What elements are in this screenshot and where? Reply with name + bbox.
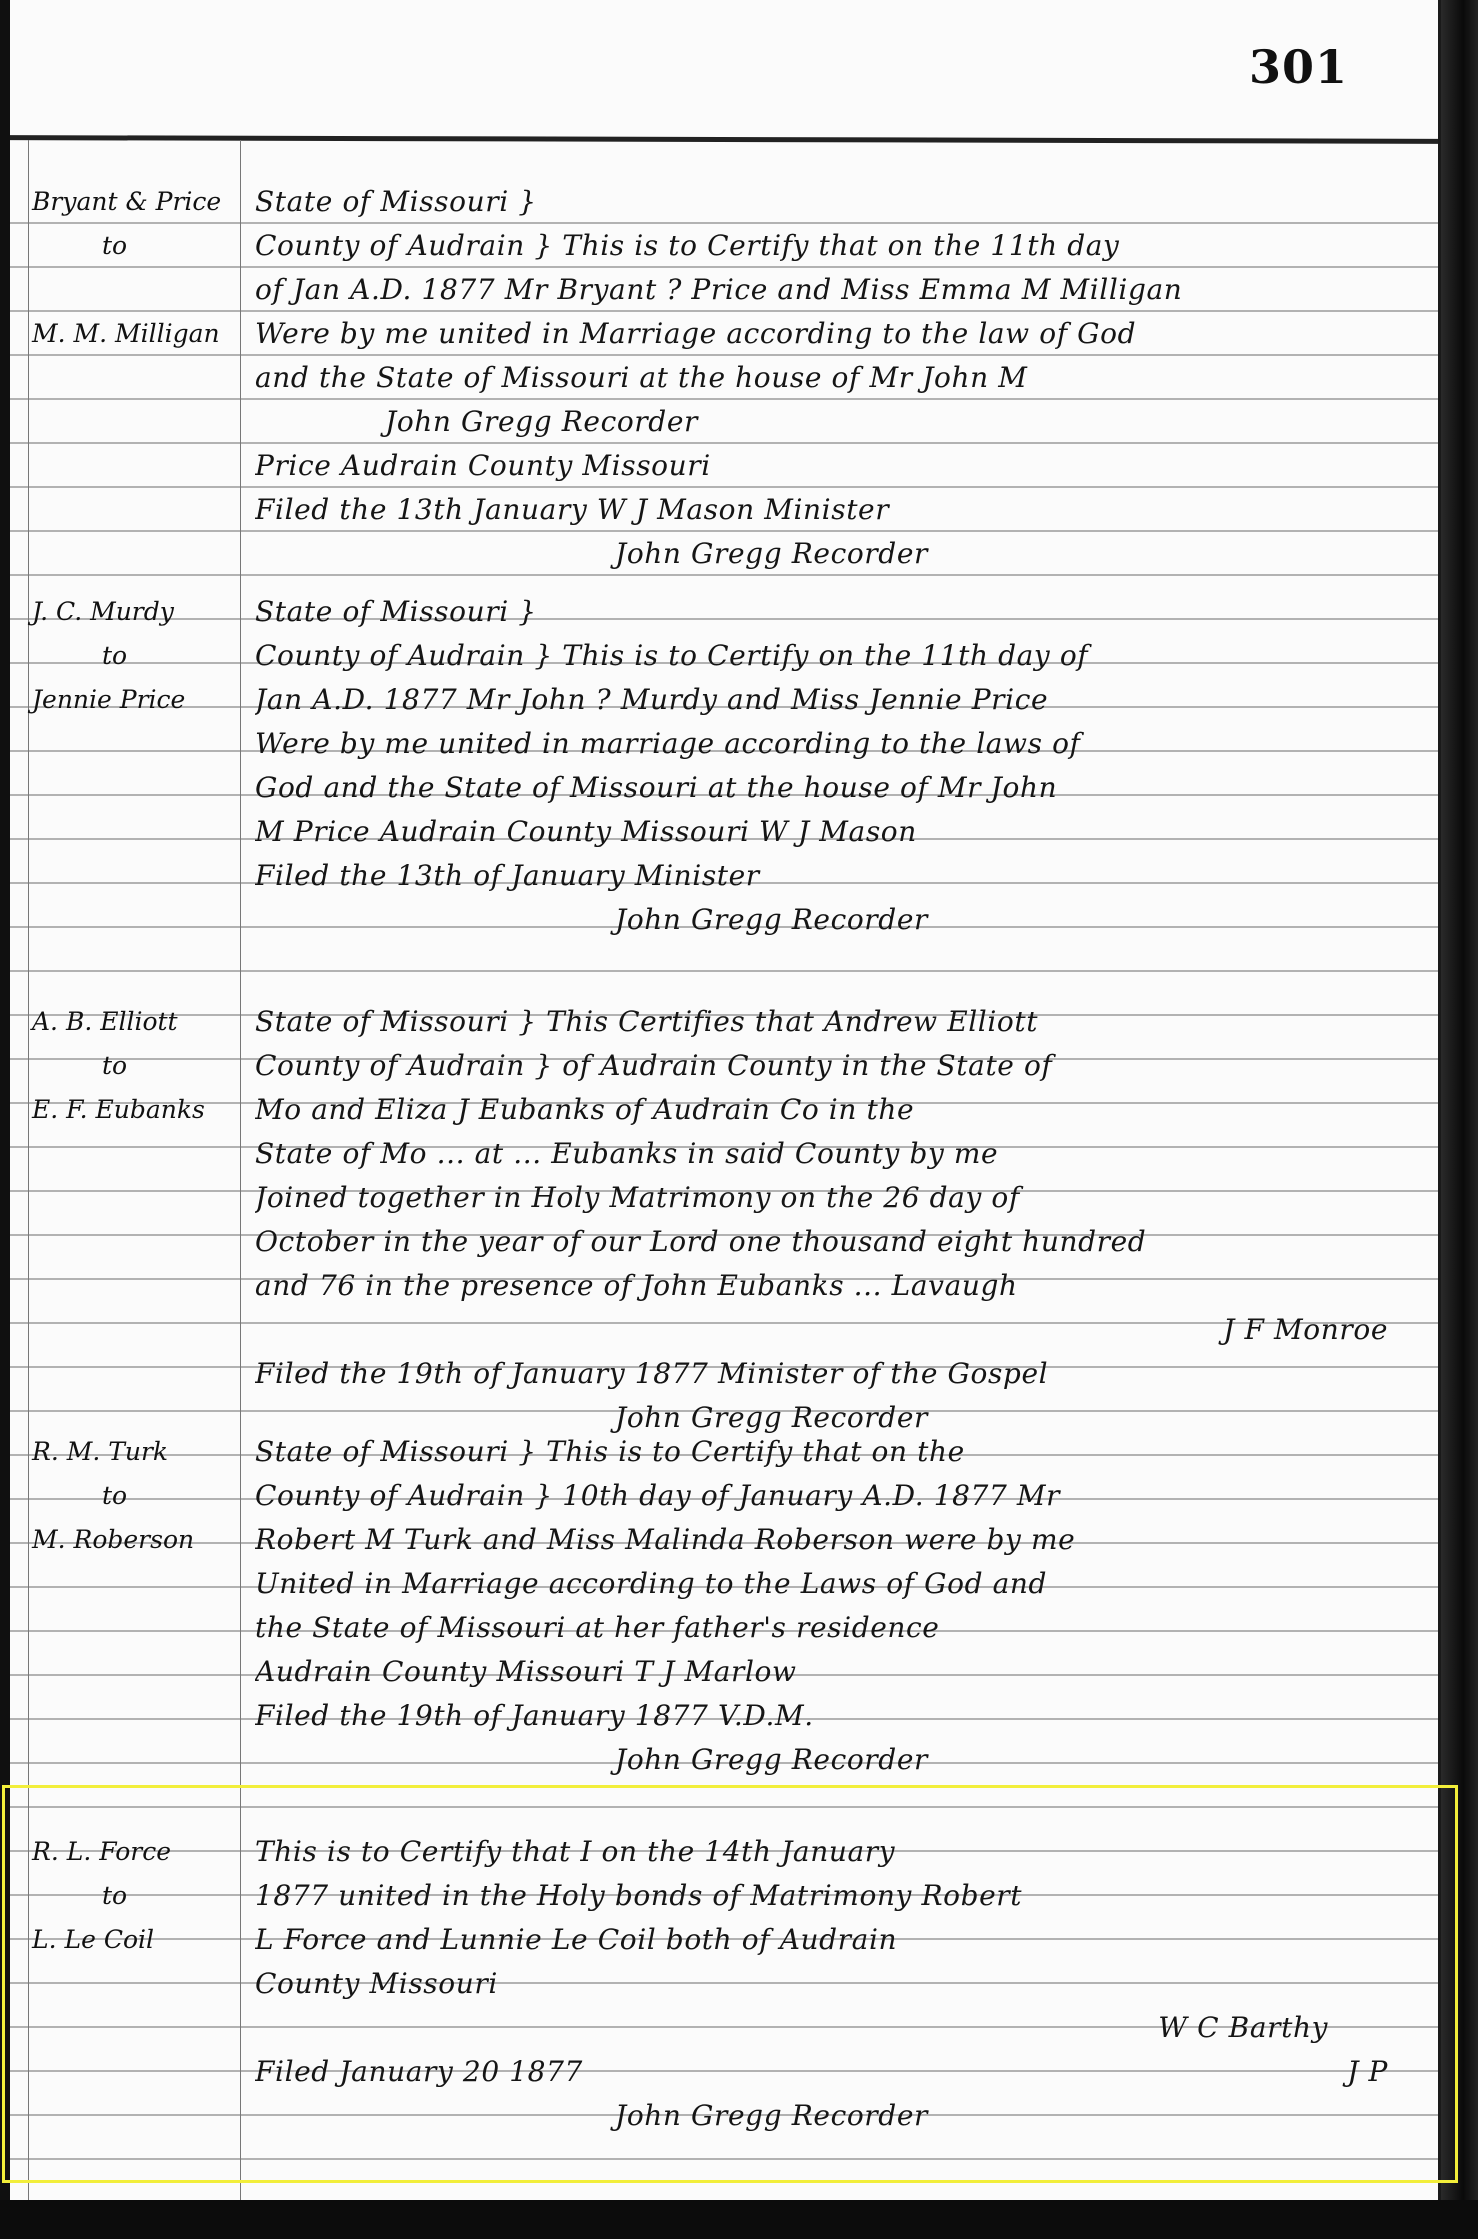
groom-name: R. L. Force [32, 1830, 242, 1874]
record-line: of Jan A.D. 1877 Mr Bryant ? Price and M… [255, 268, 1408, 312]
record-line: 1877 united in the Holy bonds of Matrimo… [255, 1874, 1408, 1918]
record-text: State of Missouri } This Certifies that … [255, 1000, 1408, 1440]
page-number: 301 [1249, 40, 1348, 94]
record-line: October in the year of our Lord one thou… [255, 1220, 1408, 1264]
record-text: State of Missouri } County of Audrain } … [255, 590, 1408, 942]
record-line: This is to Certify that I on the 14th Ja… [255, 1830, 1408, 1874]
filed-line: Filed the 19th of January 1877 V.D.M. [255, 1694, 1408, 1738]
record-line: M Price Audrain County Missouri W J Maso… [255, 810, 1408, 854]
record-line: State of Missouri } This is to Certify t… [255, 1430, 1408, 1474]
record-line: Were by me united in Marriage according … [255, 312, 1408, 356]
record-line: and 76 in the presence of John Eubanks .… [255, 1264, 1408, 1308]
groom-name: Bryant & Price [32, 180, 242, 224]
to-label: to [32, 1044, 242, 1088]
record-line: and the State of Missouri at the house o… [255, 356, 1408, 400]
record-line: God and the State of Missouri at the hou… [255, 766, 1408, 810]
groom-name: R. M. Turk [32, 1430, 242, 1474]
groom-name: A. B. Elliott [32, 1000, 242, 1044]
ruled-line [10, 2158, 1438, 2160]
filed-line: Filed the 19th of January 1877 Minister … [255, 1352, 1408, 1396]
binding-edge [1441, 0, 1478, 2239]
recorder-signature: John Gregg Recorder [255, 400, 1408, 444]
record-line: Audrain County Missouri T J Marlow [255, 1650, 1408, 1694]
record-text: State of Missouri } County of Audrain } … [255, 180, 1408, 576]
record-line: Jan A.D. 1877 Mr John ? Murdy and Miss J… [255, 678, 1408, 722]
record-line: Mo and Eliza J Eubanks of Audrain Co in … [255, 1088, 1408, 1132]
recorder-signature: John Gregg Recorder [255, 898, 1408, 942]
margin-names: R. M. Turk to M. Roberson [32, 1430, 242, 1562]
record-text: State of Missouri } This is to Certify t… [255, 1430, 1408, 1782]
record-line: State of Missouri } This Certifies that … [255, 1000, 1408, 1044]
record-line: County of Audrain } This is to Certify t… [255, 224, 1408, 268]
filed-line: Filed the 13th January W J Mason Ministe… [255, 488, 1408, 532]
page-bottom-edge [0, 2200, 1478, 2239]
to-label: to [32, 1874, 242, 1918]
to-label: to [32, 634, 242, 678]
recorder-signature: John Gregg Recorder [255, 1738, 1408, 1782]
record-line: County Missouri [255, 1962, 1408, 2006]
record-text: This is to Certify that I on the 14th Ja… [255, 1830, 1408, 2138]
record-line: State of Missouri } [255, 590, 1408, 634]
ledger-page: 301 Bryant & Price to M. M. Milligan Sta… [10, 0, 1441, 2210]
record-line: the State of Missouri at her father's re… [255, 1606, 1408, 1650]
record-line: Price Audrain County Missouri [255, 444, 1408, 488]
filed-line: Filed January 20 1877 [255, 2050, 1408, 2094]
record-line: United in Marriage according to the Laws… [255, 1562, 1408, 1606]
bride-name: M. M. Milligan [32, 312, 242, 356]
record-line: County of Audrain } This is to Certify o… [255, 634, 1408, 678]
minister-signature: J F Monroe [255, 1308, 1408, 1352]
record-line: County of Audrain } 10th day of January … [255, 1474, 1408, 1518]
record-line: Robert M Turk and Miss Malinda Roberson … [255, 1518, 1408, 1562]
ruled-line [10, 970, 1438, 972]
groom-name: J. C. Murdy [32, 590, 242, 634]
record-line: County of Audrain } of Audrain County in… [255, 1044, 1408, 1088]
margin-names: Bryant & Price to M. M. Milligan [32, 180, 242, 356]
record-line: State of Mo ... at ... Eubanks in said C… [255, 1132, 1408, 1176]
ruled-line [10, 1806, 1438, 1808]
recorder-signature: John Gregg Recorder [255, 532, 1408, 576]
to-label: to [32, 224, 242, 268]
bride-name: L. Le Coil [32, 1918, 242, 1962]
margin-names: A. B. Elliott to E. F. Eubanks [32, 1000, 242, 1132]
to-label: to [32, 1474, 242, 1518]
recorder-signature: John Gregg Recorder [255, 2094, 1408, 2138]
margin-names: R. L. Force to L. Le Coil [32, 1830, 242, 1962]
record-line: State of Missouri } [255, 180, 1408, 224]
bride-name: M. Roberson [32, 1518, 242, 1562]
header-rule [10, 135, 1438, 144]
record-line: Were by me united in marriage according … [255, 722, 1408, 766]
margin-names: J. C. Murdy to Jennie Price [32, 590, 242, 722]
record-line: L Force and Lunnie Le Coil both of Audra… [255, 1918, 1408, 1962]
justice-signature: W C Barthy [255, 2006, 1408, 2050]
bride-name: Jennie Price [32, 678, 242, 722]
record-line: Joined together in Holy Matrimony on the… [255, 1176, 1408, 1220]
filed-line: Filed the 13th of January Minister [255, 854, 1408, 898]
margin-rule-outer [28, 140, 29, 2210]
bride-name: E. F. Eubanks [32, 1088, 242, 1132]
